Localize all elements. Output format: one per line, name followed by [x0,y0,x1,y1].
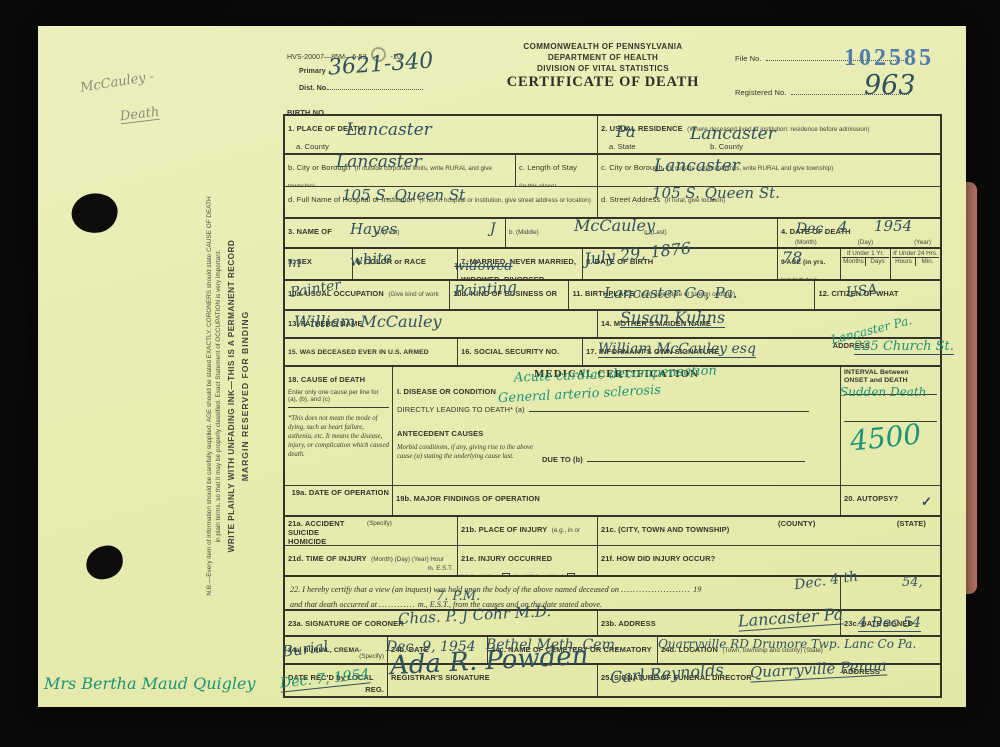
box4-year-label: (Year) [914,239,931,247]
while-at-work-checkbox [502,573,510,575]
margin-binding: MARGIN RESERVED FOR BINDING [240,71,250,721]
box9-days-label: Days [865,258,889,266]
box21d-title: 21d. TIME OF INJURY [288,554,367,563]
morbid-note: Morbid conditions, if any, giving rise t… [397,443,542,485]
photo-background: McCauley - Death Mrs Bertha Maud Quigley… [0,0,1000,747]
box24a-note: (Specify) [359,653,384,661]
hw-birthplace: Lancaster Co, Pa. [604,286,738,301]
margin-nb-line2: in plain terms, so that it may be proper… [214,71,223,721]
margin-nb-line1: N.B.—Every item of information should be… [205,71,214,721]
punch-hole-bottom [84,544,125,582]
certify-dots2: ............ [379,600,416,608]
registered-no-value: 963 [864,72,916,99]
box2-title: 2. USUAL RESIDENCE [601,124,683,133]
box1-stay-note: (in this place) [519,183,556,186]
box16-title: 16. SOCIAL SECURITY NO. [461,347,559,356]
box9-title2: last birthday) [781,277,817,279]
box9-hours-label: Hours [892,258,915,266]
hw-race: white [349,250,392,269]
hw-name-last: McCauley [574,218,655,234]
hw-institution: 105 S. Queen St [342,188,465,203]
box21e-work-label: While at Work [461,574,500,575]
hw-residence-county: Lancaster [690,126,776,143]
box2-state-label: a. State [601,142,636,151]
box1-stay-label: c. Length of Stay [519,163,577,172]
division-line: DIVISION OF VITAL STATISTICS [473,64,733,75]
hw-residence-state: Pa [616,124,636,140]
hw-autopsy-no-check: ✓ [921,496,932,509]
hw-cemetery-location: Quarryville RD Drumore Twp. Lanc Co Pa. [658,638,916,650]
box21b-title: 21b. PLACE OF INJURY [461,525,547,534]
hw-mother-name: Susan Kuhns [620,310,725,328]
box18-note1: Enter only one cause per line for (a), (… [288,389,389,408]
hw-residence-city: Lancaster [654,158,740,175]
hw-death-time: 7. P.M. [436,590,480,603]
box9-under24-label: If Under 24 Hrs. [892,250,939,258]
due-b-line [587,461,805,462]
certify-dots1: ....................... [621,585,691,594]
box21f-title: 21f. HOW DID INJURY OCCUR? [601,554,715,563]
hw-death-month: Dec. [796,222,828,236]
hw-industry: Painting [454,280,518,299]
box23a-title: 23a. SIGNATURE OF CORONER [288,619,404,628]
certify-statement: 22. I hereby certify that a view (an inq… [288,579,837,609]
box19b-title: 19b. MAJOR FINDINGS OF OPERATION [396,494,540,503]
department-line: DEPARTMENT OF HEALTH [473,53,733,64]
disease-label2: DIRECTLY LEADING TO DEATH* (a) [397,405,525,414]
hw-sex: m [288,256,301,270]
hw-death-year: 1954 [874,219,912,234]
margin-write-plainly: WRITE PLAINLY WITH UNFADING INK—THIS IS … [227,71,236,721]
binding-margin-text: N.B.—Every item of information should be… [205,71,281,721]
not-while-at-work-checkbox [567,573,575,575]
disease-line [529,411,809,412]
box4-month-label: (Month) [795,239,817,247]
box15-title: 15. WAS DECEASED EVER IN U.S. ARMED FORC… [288,349,429,365]
hw-place-county: Lancaster [346,122,432,139]
hw-name-middle: J [490,222,496,236]
box23b-title: 23b. ADDRESS [601,619,656,628]
hw-street-address: 105 S. Queen St. [652,186,780,201]
certificate-paper: McCauley - Death Mrs Bertha Maud Quigley… [38,26,966,707]
dist-no-line [328,89,423,90]
interval-label1: INTERVAL Between [844,369,937,377]
box21c-county: (COUNTY) [778,519,815,528]
box21c-state: (STATE) [897,519,926,528]
file-no-stamp: 102585 [844,46,934,70]
hw-inquest-year: 54, [902,576,923,589]
box20-title: 20. AUTOPSY? [844,494,898,503]
registered-no-label: Registered No. [735,88,786,97]
certificate-title: CERTIFICATE OF DEATH [473,74,733,91]
hw-father-name: William McCauley [294,314,441,330]
hw-place-city: Lancaster [336,154,422,171]
box9-months-label: Months [842,258,865,266]
hw-date-signed: 4 Dec 54 [858,616,921,632]
hw-citizen: USA. [845,282,882,300]
hw-cause-code: 4500 [849,420,923,455]
box21d-cols: (Month) (Day) (Year) Hour [371,556,444,563]
hw-interval-value: Sudden Death [840,386,926,398]
box21e-notwork-label: Not While at Work [515,574,566,575]
due-b-label: DUE TO (b) [542,455,583,464]
antecedent-label: ANTECEDENT CAUSES [397,429,483,438]
box18-note2: *This does not mean the mode of dying, s… [288,414,389,460]
certify-year-prefix: 19 [693,585,701,594]
box9-under1-label: If Under 1 Yr. [842,250,889,258]
punch-hole-top [68,188,121,238]
pencil-death-note: Death [119,106,160,125]
certify-line2a: and that death occurred at [290,600,377,608]
hw-name-first: Hayes [350,222,397,237]
box21c-title: 21c. (CITY, TOWN AND TOWNSHIP) [601,525,729,534]
box3-middle-label: b. (Middle) [509,229,539,236]
hw-age: 78 [782,250,802,266]
hw-marital: widowed [454,260,513,273]
hw-informant-signature: William McCauley esq [598,342,756,358]
box21d-est: m. E.S.T. [427,565,453,573]
file-no-label: File No. [735,54,762,63]
box21e-title: 21e. INJURY OCCURRED [461,554,552,563]
box4-day-label: (Day) [858,239,873,247]
box1-county-label: a. County [288,142,329,151]
box21a-note: (Specify) [367,520,392,528]
box19a-title: 19a. DATE OF OPERATION [288,488,389,497]
pencil-surname-note: McCauley - [79,70,155,94]
box21a-title: 21a. ACCIDENT SUICIDE HOMICIDE [288,519,358,545]
box9-min-label: Min. [915,258,939,266]
dist-no-label: Dist. No. [299,85,328,92]
hw-informant-address-street: 225 Church St. [854,340,954,355]
commonwealth-line: COMMONWEALTH OF PENNSYLVANIA [473,42,733,53]
disease-label1: I. DISEASE OR CONDITION [397,387,496,396]
box18-title: 18. CAUSE of DEATH [288,375,365,384]
hw-death-day: 4 [838,220,848,235]
box3-title: 3. NAME OF DECEASED [288,227,332,247]
